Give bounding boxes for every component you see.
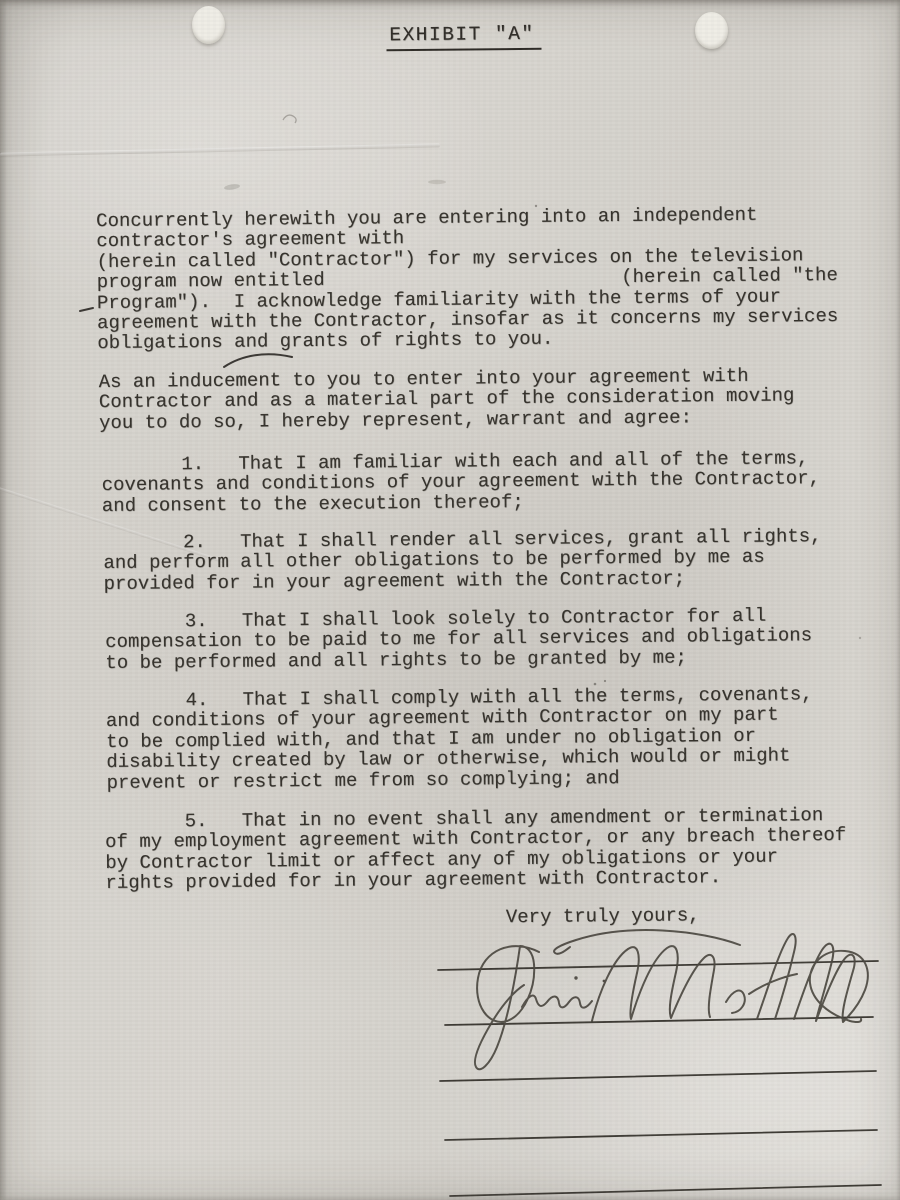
clause-3: 3. That I shall look solely to Contracto…	[105, 605, 812, 673]
exhibit-title: EXHIBIT "A"	[386, 23, 541, 51]
clause-2: 2. That I shall render all services, gra…	[103, 526, 822, 594]
inducement-paragraph: As an inducement to you to enter into yo…	[99, 365, 795, 433]
clause-5: 5. That in no event shall any amendment …	[105, 805, 847, 894]
scanned-document-page: EXHIBIT "A" Concurrently herewith you ar…	[0, 0, 900, 1200]
document-content: EXHIBIT "A" Concurrently herewith you ar…	[0, 0, 900, 1200]
clause-1: 1. That I am familiar with each and all …	[101, 448, 820, 516]
closing-valediction: Very truly yours,	[506, 905, 700, 927]
clause-4: 4. That I shall comply with all the term…	[106, 684, 814, 793]
opening-paragraph: Concurrently herewith you are entering i…	[96, 204, 838, 354]
